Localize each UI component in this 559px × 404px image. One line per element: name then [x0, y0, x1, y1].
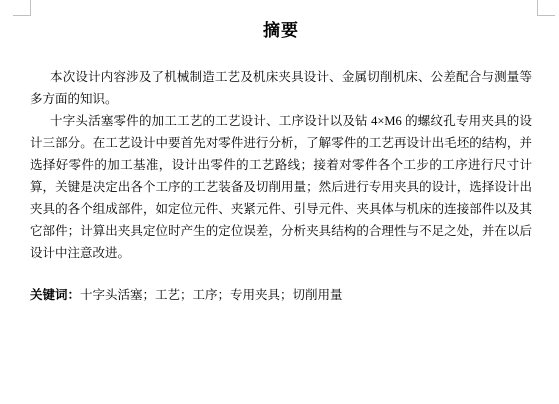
- keywords-line: 关键词：十字头活塞；工艺；工序；专用夹具；切削用量: [30, 284, 532, 306]
- page-title: 摘要: [30, 19, 532, 43]
- keywords-label: 关键词：: [30, 288, 80, 302]
- text-boundary-mark-top-left-horizontal: [13, 15, 31, 16]
- keywords-text: 十字头活塞；工艺；工序；专用夹具；切削用量: [80, 288, 343, 302]
- text-boundary-mark-top-right-vertical: [537, 0, 538, 15]
- document-content: 摘要 本次设计内容涉及了机械制造工艺及机床夹具设计、金属切削机床、公差配合与测量…: [30, 0, 532, 306]
- document-page: 摘要 本次设计内容涉及了机械制造工艺及机床夹具设计、金属切削机床、公差配合与测量…: [0, 0, 559, 404]
- text-boundary-mark-top-right-horizontal: [537, 15, 555, 16]
- abstract-paragraph-2: 十字头活塞零件的加工工艺的工艺设计、工序设计以及钻 4×M6 的螺纹孔专用夹具的…: [30, 110, 532, 264]
- abstract-paragraph-1: 本次设计内容涉及了机械制造工艺及机床夹具设计、金属切削机床、公差配合与测量等多方…: [30, 66, 532, 110]
